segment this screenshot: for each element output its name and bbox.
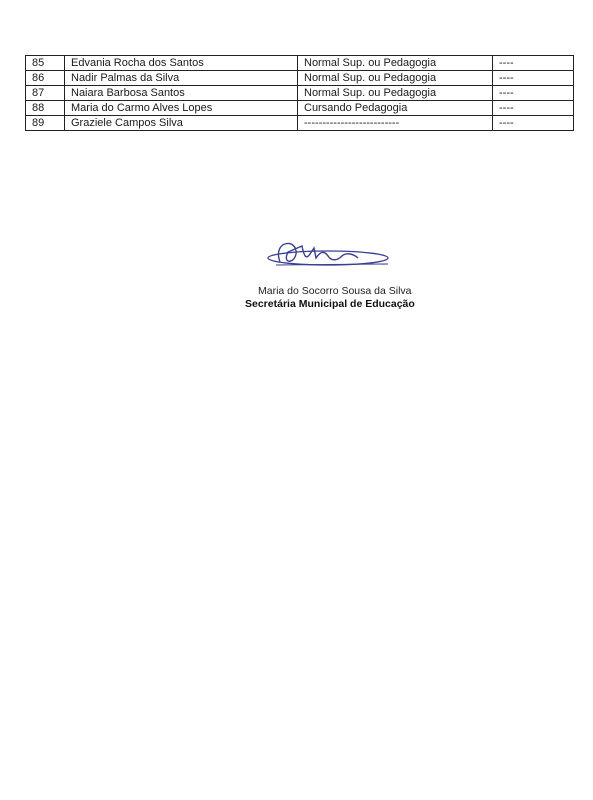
row-extra: ---- xyxy=(493,56,574,71)
row-name: Graziele Campos Silva xyxy=(65,116,298,131)
row-extra: ---- xyxy=(493,101,574,116)
row-extra: ---- xyxy=(493,116,574,131)
row-name: Naiara Barbosa Santos xyxy=(65,86,298,101)
table-row: 88Maria do Carmo Alves LopesCursando Ped… xyxy=(26,101,574,116)
row-name: Maria do Carmo Alves Lopes xyxy=(65,101,298,116)
row-formation: -------------------------- xyxy=(298,116,493,131)
row-extra: ---- xyxy=(493,86,574,101)
table-row: 85Edvania Rocha dos SantosNormal Sup. ou… xyxy=(26,56,574,71)
row-formation: Normal Sup. ou Pedagogia xyxy=(298,56,493,71)
row-formation: Cursando Pedagogia xyxy=(298,101,493,116)
row-number: 86 xyxy=(26,71,65,86)
row-formation: Normal Sup. ou Pedagogia xyxy=(298,86,493,101)
signer-office: Secretária Municipal de Educação xyxy=(245,298,415,310)
row-formation: Normal Sup. ou Pedagogia xyxy=(298,71,493,86)
signature-icon xyxy=(258,234,398,274)
row-name: Nadir Palmas da Silva xyxy=(65,71,298,86)
row-number: 89 xyxy=(26,116,65,131)
row-extra: ---- xyxy=(493,71,574,86)
table-row: 86Nadir Palmas da SilvaNormal Sup. ou Pe… xyxy=(26,71,574,86)
table-row: 87Naiara Barbosa SantosNormal Sup. ou Pe… xyxy=(26,86,574,101)
row-name: Edvania Rocha dos Santos xyxy=(65,56,298,71)
roster-table: 85Edvania Rocha dos SantosNormal Sup. ou… xyxy=(25,55,574,131)
row-number: 88 xyxy=(26,101,65,116)
row-number: 87 xyxy=(26,86,65,101)
table-row: 89Graziele Campos Silva-----------------… xyxy=(26,116,574,131)
signer-name: Maria do Socorro Sousa da Silva xyxy=(258,285,412,297)
row-number: 85 xyxy=(26,56,65,71)
